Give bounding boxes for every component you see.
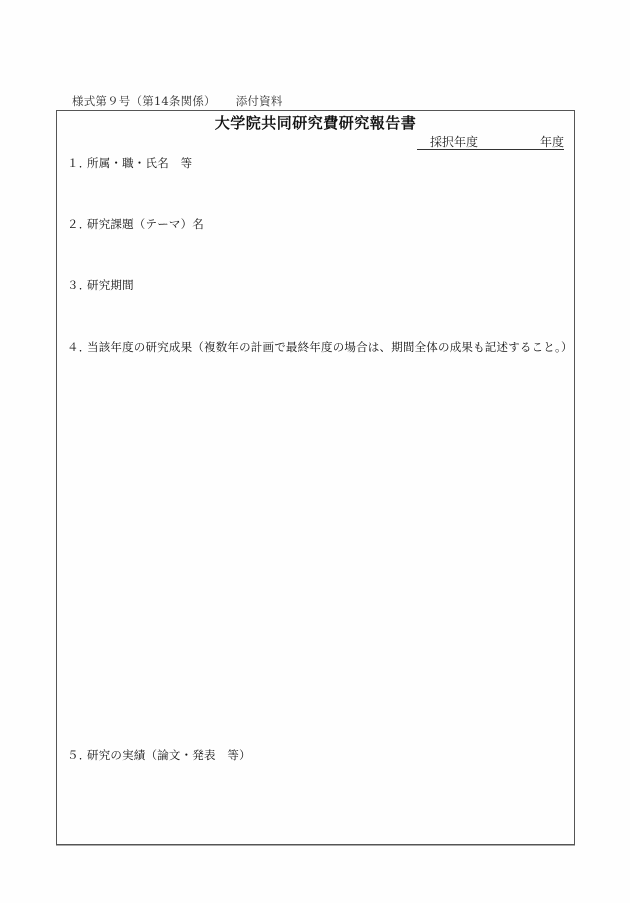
document-title: 大学院共同研究費研究報告書 [57,112,574,133]
section-affiliation-heading: １．所属・職・氏名 等 [67,155,192,171]
section-number: ４． [67,339,87,355]
section-label: 研究期間 [87,278,134,292]
form-number: 様式第９号（第14条関係） [72,94,216,108]
section-number: ２． [67,216,87,232]
attachment-label: 添付資料 [236,94,283,108]
adoption-year-label: 採択年度 [430,133,478,150]
research-theme-input-area[interactable] [65,234,566,272]
section-number: １． [67,155,87,171]
section-research-theme-heading: ２．研究課題（テーマ）名 [67,216,204,232]
research-period-input-area[interactable] [65,295,566,333]
adoption-year-unit: 年度 [540,133,564,150]
report-form-frame: 大学院共同研究費研究報告書 採択年度 年度 １．所属・職・氏名 等 ２．研究課題… [56,110,575,845]
form-number-header: 様式第９号（第14条関係）添付資料 [72,93,283,109]
research-results-input-area[interactable] [65,357,566,741]
section-number: ５． [67,747,87,763]
section-research-period-heading: ３．研究期間 [67,277,134,293]
section-number: ３． [67,277,87,293]
section-label: 研究課題（テーマ）名 [87,217,204,231]
section-label: 当該年度の研究成果（複数年の計画で最終年度の場合は、期間全体の成果も記述すること… [87,340,573,354]
section-research-results-heading: ４．当該年度の研究成果（複数年の計画で最終年度の場合は、期間全体の成果も記述する… [67,339,573,355]
section-label: 所属・職・氏名 等 [87,156,192,170]
adoption-year-field[interactable]: 採択年度 年度 [417,133,564,150]
section-research-achievements-heading: ５．研究の実績（論文・発表 等） [67,747,251,763]
section-label: 研究の実績（論文・発表 等） [87,748,251,762]
affiliation-input-area[interactable] [65,173,566,211]
research-achievements-input-area[interactable] [65,765,566,839]
